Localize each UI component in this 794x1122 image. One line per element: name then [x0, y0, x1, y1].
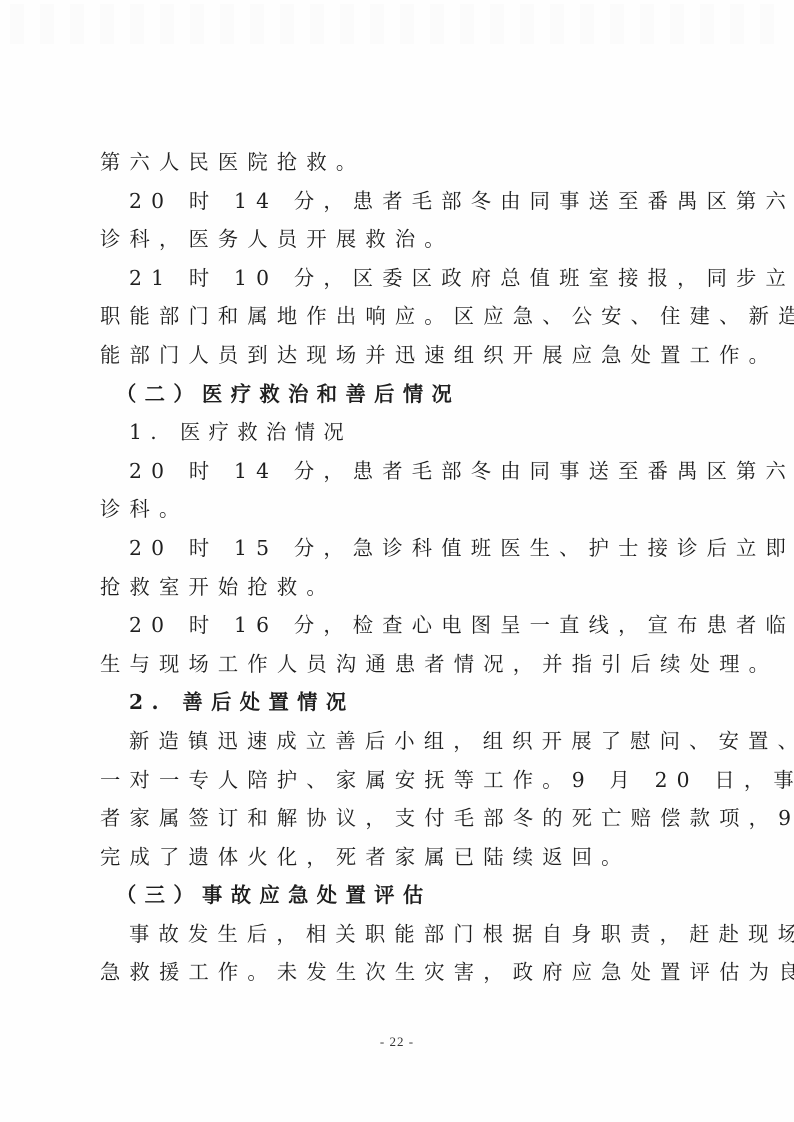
section-heading-emergency-evaluation: （三）事故应急处置评估 — [100, 876, 692, 915]
scan-bleed-through — [10, 4, 780, 44]
paragraph-line: 诊科，医务人员开展救治。 — [100, 220, 692, 259]
paragraph-line: 一对一专人陪护、家属安抚等工作。9 月 20 日，事故单位与死 — [100, 761, 692, 800]
paragraph-line: 生与现场工作人员沟通患者情况，并指引后续处理。 — [100, 645, 692, 684]
paragraph-line: 21 时 10 分，区委区政府总值班室接报，同步立即通知相关 — [100, 259, 692, 298]
paragraph-line: 20 时 16 分，检查心电图呈一直线，宣布患者临床死亡。医 — [100, 606, 692, 645]
paragraph-line: 第六人民医院抢救。 — [100, 143, 692, 182]
paragraph-line: 新造镇迅速成立善后小组，组织开展了慰问、安置、赔偿、 — [100, 722, 692, 761]
paragraph-line: 诊科。 — [100, 490, 692, 529]
paragraph-line: 事故发生后，相关职能部门根据自身职责，赶赴现场开展应 — [100, 915, 692, 954]
paragraph-line: 完成了遗体火化，死者家属已陆续返回。 — [100, 838, 692, 877]
paragraph-line: 抢救室开始抢救。 — [100, 568, 692, 607]
paragraph-line: 急救援工作。未发生次生灾害，政府应急处置评估为良好。 — [100, 953, 692, 992]
subsection-heading-aftermath-handling: 2. 善后处置情况 — [100, 683, 692, 722]
paragraph-line: 者家属签订和解协议，支付毛部冬的死亡赔偿款项，9 月 26 日 — [100, 799, 692, 838]
document-page: 第六人民医院抢救。 20 时 14 分，患者毛部冬由同事送至番禺区第六人民医院急… — [0, 0, 794, 1122]
subsection-heading-medical-treatment: 1. 医疗救治情况 — [100, 413, 692, 452]
section-heading-medical-and-aftermath: （二）医疗救治和善后情况 — [100, 375, 692, 414]
document-body: 第六人民医院抢救。 20 时 14 分，患者毛部冬由同事送至番禺区第六人民医院急… — [100, 143, 692, 992]
paragraph-line: 20 时 15 分，急诊科值班医生、护士接诊后立即用车床送入 — [100, 529, 692, 568]
page-number: - 22 - — [0, 1034, 794, 1050]
paragraph-line: 能部门人员到达现场并迅速组织开展应急处置工作。 — [100, 336, 692, 375]
paragraph-line: 20 时 14 分，患者毛部冬由同事送至番禺区第六人民医院急 — [100, 182, 692, 221]
paragraph-line: 20 时 14 分，患者毛部冬由同事送至番禺区第六人民医院急 — [100, 452, 692, 491]
paragraph-line: 职能部门和属地作出响应。区应急、公安、住建、新造镇相关职 — [100, 297, 692, 336]
